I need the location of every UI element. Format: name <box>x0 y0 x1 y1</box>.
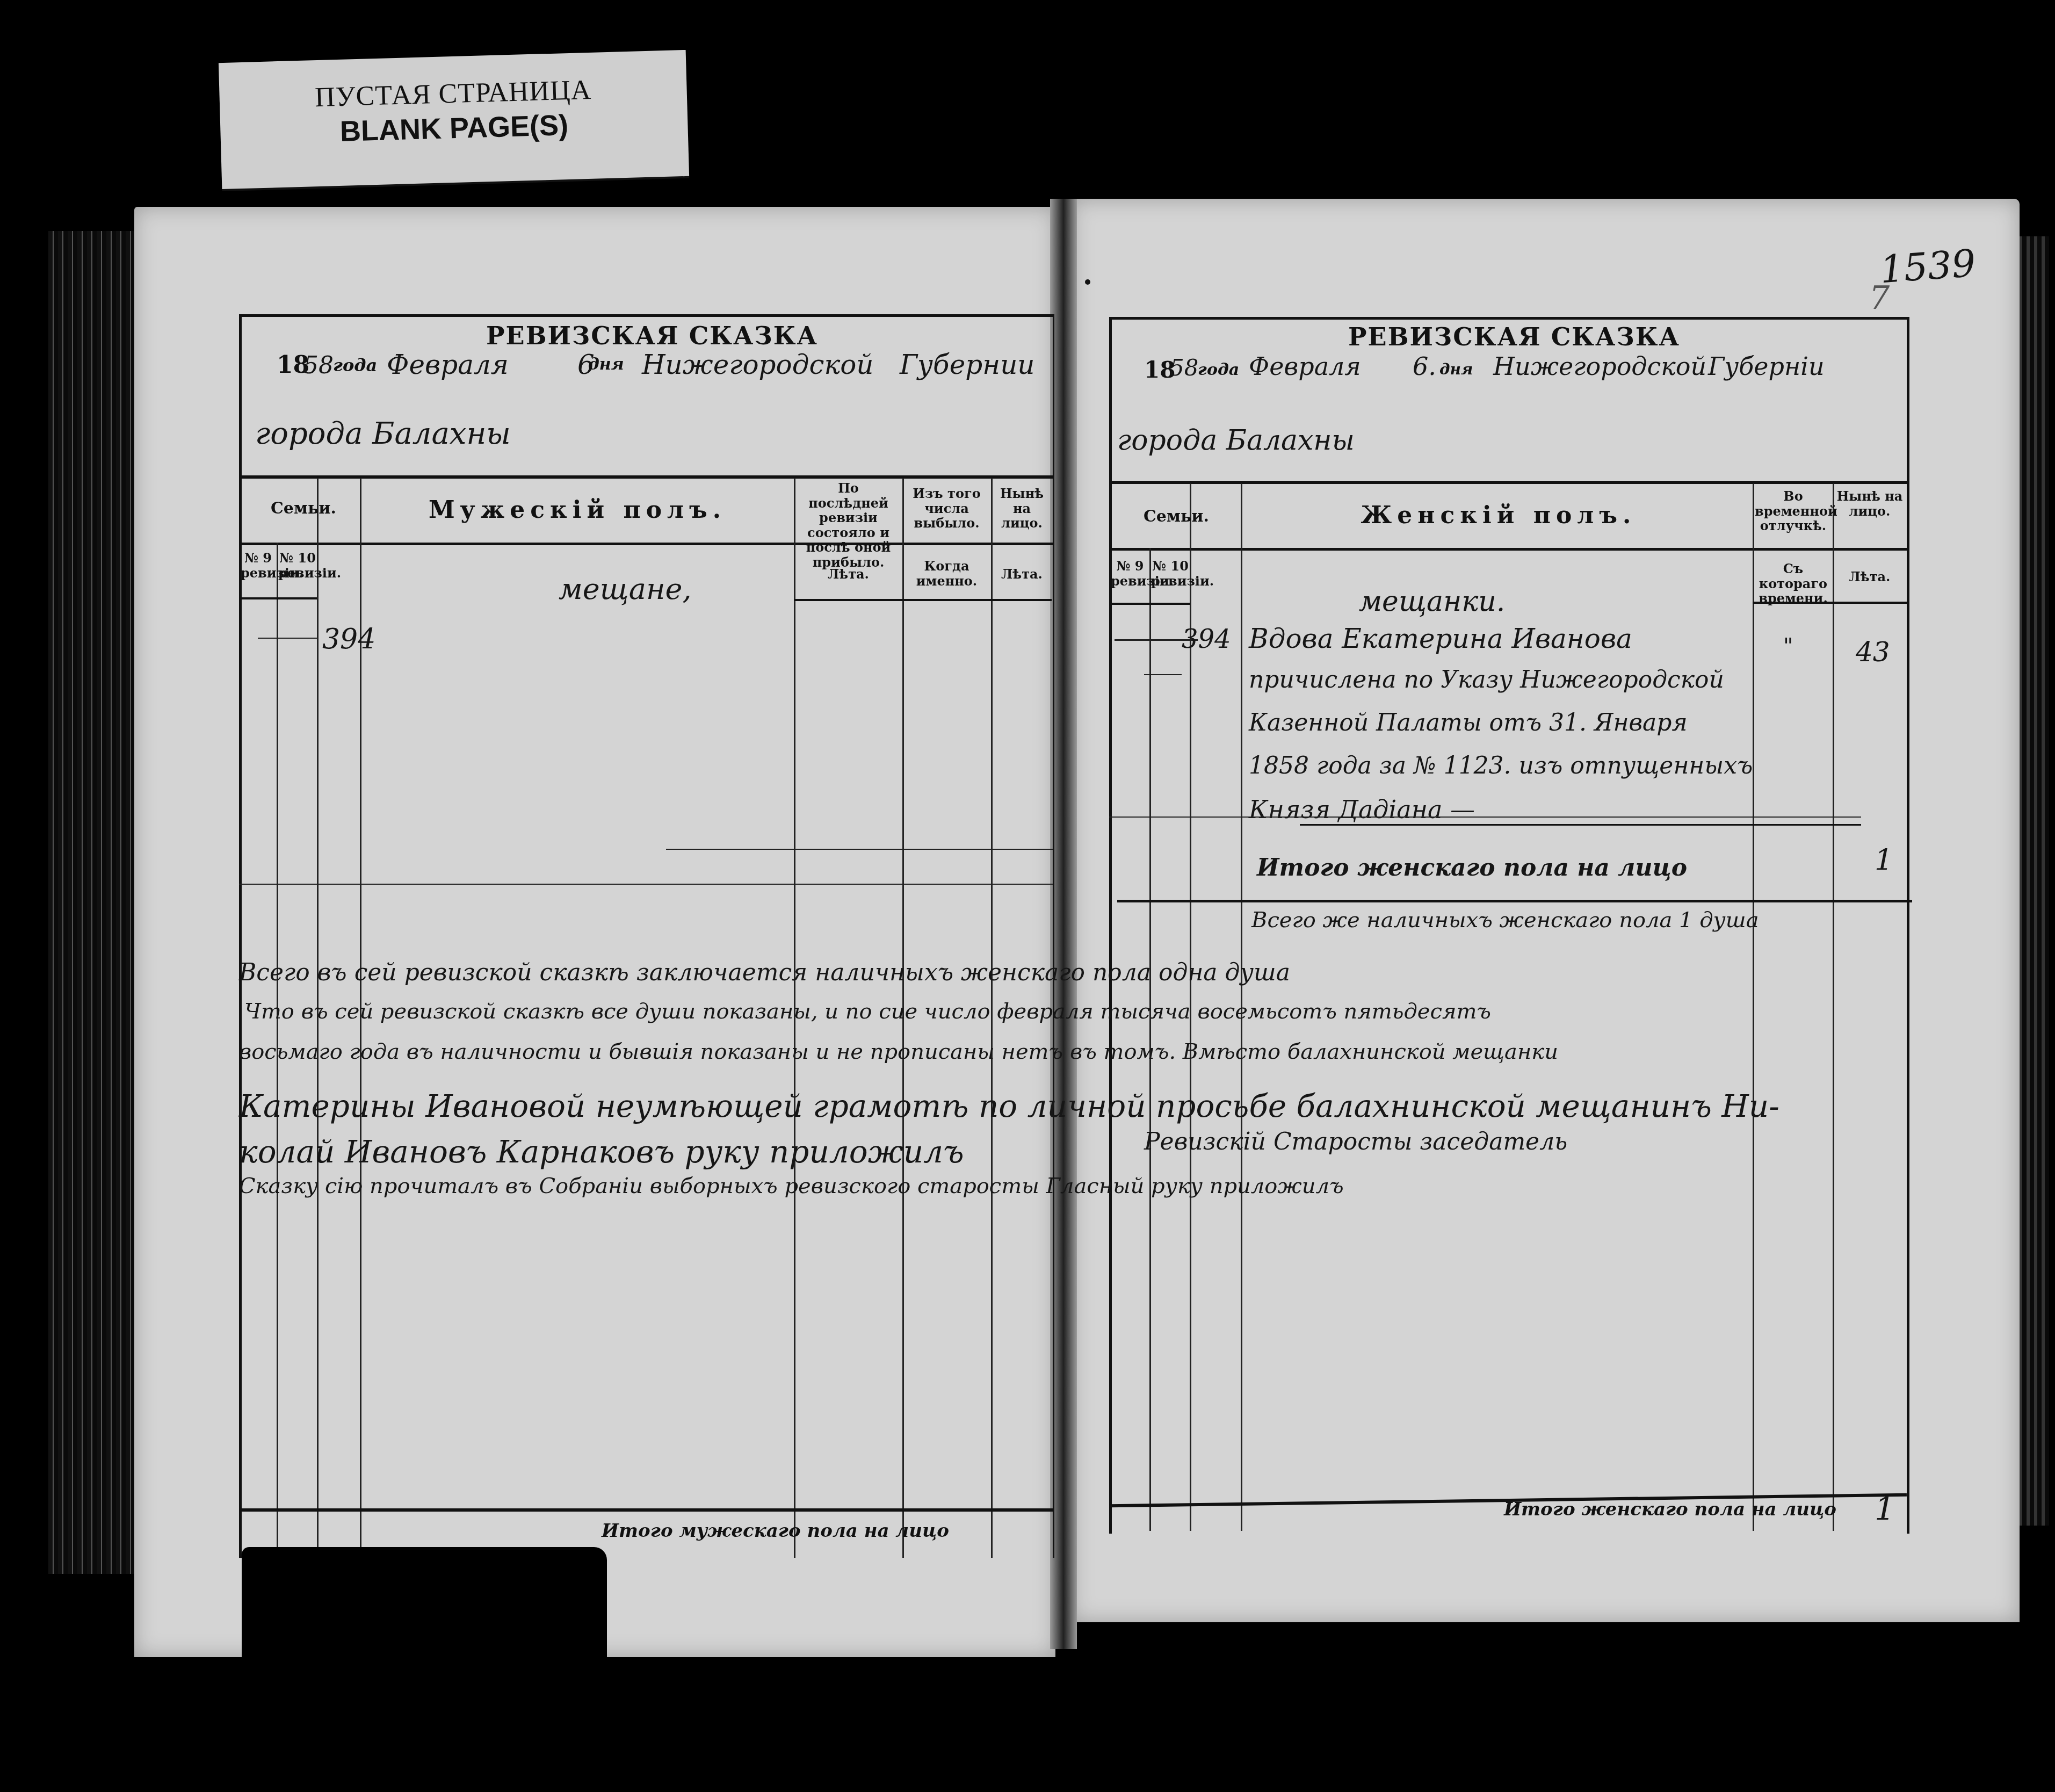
right-col-name: Женскій полъ. <box>1246 502 1751 530</box>
subrule <box>1753 602 1907 604</box>
spread-line: Что въ сей ревизской сказкѣ все души пок… <box>244 999 1491 1024</box>
right-subtotal-value: 1 <box>1875 843 1893 877</box>
left-class-label: мещане, <box>559 572 692 606</box>
left-col-departed: Изъ того числа выбыло. <box>905 486 988 531</box>
left-col-years2: Лѣта. <box>994 567 1050 582</box>
right-col-present: Нынѣ на лицо. <box>1835 489 1905 518</box>
spread-line: Ревизскiй Старосты заседатель <box>1144 1128 1567 1155</box>
rule <box>1117 900 1912 902</box>
left-footer-rule <box>239 1508 1053 1512</box>
absent-mark: " <box>1783 634 1793 659</box>
left-col-years: Лѣта. <box>796 567 901 582</box>
right-footer-total-value: 1 <box>1875 1491 1895 1528</box>
ink-dot <box>1085 279 1090 285</box>
right-col-since: Съ котораго времени. <box>1755 561 1832 606</box>
blank-page-tag: ПУСТАЯ СТРАНИЦА BLANK PAGE(S) <box>219 50 689 189</box>
left-col-last-revision: По послѣдней ревизіи состояло и послѣ он… <box>796 481 901 570</box>
dash <box>1144 674 1182 675</box>
subrule <box>239 597 317 599</box>
right-col-no9: № 9 ревизіи. <box>1111 559 1149 588</box>
right-col-family: Семьи. <box>1112 508 1241 526</box>
entry-line: причислена по Указу Нижегородской <box>1249 666 1724 693</box>
entry-age: 43 <box>1856 637 1890 668</box>
rule <box>1300 824 1861 826</box>
right-subtotal-label: Итого женскаго пола на лицо <box>1257 854 1687 881</box>
entry-line: 1858 года за № 1123. изъ отпущенныхъ <box>1249 752 1753 779</box>
left-entry-no10: 394 <box>322 623 375 655</box>
col-sep <box>1753 483 1754 1531</box>
entry-line: Казенной Палаты отъ 31. Января <box>1249 709 1688 736</box>
right-col-years: Лѣта. <box>1835 569 1905 584</box>
spread-line: Всего въ сей ревизской сказкѣ заключаетс… <box>239 959 1290 986</box>
subrule <box>1109 603 1190 605</box>
right-footer-total-label: Итого женскаго пола на лицо <box>1504 1499 1836 1520</box>
spread-line: Катерины Ивановой неумѣющей грамотѣ по л… <box>239 1088 1779 1124</box>
entry-line: Вдова Екатерина Иванова <box>1249 623 1632 654</box>
spread-line: колай Ивановъ Карнаковъ руку приложилъ <box>239 1133 964 1170</box>
book-page-edges-left <box>48 231 137 1574</box>
left-col-when: Когда именно. <box>905 559 988 588</box>
left-col-family: Семьи. <box>247 500 360 518</box>
left-footer-total-label: Итого мужескаго пола на лицо <box>602 1520 949 1542</box>
spread-line: Сказку сiю прочиталъ въ Собранiи выборны… <box>239 1174 1344 1198</box>
left-col-present: Нынѣ на лицо. <box>994 486 1050 531</box>
subrule <box>794 599 1052 601</box>
right-form-title: РЕВИЗСКАЯ СКАЗКА <box>1348 322 1680 351</box>
right-col-no10: № 10 ревизіи. <box>1151 559 1190 588</box>
left-col-no10: № 10 ревизіи. <box>278 551 317 580</box>
folio-sub-number: 7 <box>1869 279 1890 317</box>
dash <box>258 638 317 639</box>
col-sep <box>1833 483 1834 1531</box>
right-total-line: Всего же наличныхъ женскаго пола 1 душа <box>1251 908 1759 933</box>
folio-number: 1539 <box>1878 241 1977 292</box>
right-entry-no10: 394 <box>1182 624 1231 654</box>
right-col-absent: Во временной отлучкѣ. <box>1755 489 1832 533</box>
right-header-rule <box>1109 481 1907 484</box>
left-town: города Балахны <box>255 416 511 451</box>
left-form-title: РЕВИЗСКАЯ СКАЗКА <box>486 321 818 350</box>
entry-line: Князя Дадiана — <box>1249 795 1475 824</box>
spread-line: восьмаго года въ наличности и бывшiя пок… <box>239 1039 1558 1064</box>
right-town: города Балахны <box>1117 424 1355 457</box>
rule <box>666 849 1053 850</box>
right-class-label: мещанки. <box>1359 586 1505 618</box>
rule <box>1109 816 1861 818</box>
right-subheader-rule <box>1109 548 1907 551</box>
rule <box>239 884 1053 885</box>
left-col-name: Мужескій полъ. <box>365 497 790 524</box>
scanner-clamp-shadow <box>242 1547 607 1792</box>
left-col-no9: № 9 ревизіи. <box>241 551 276 580</box>
